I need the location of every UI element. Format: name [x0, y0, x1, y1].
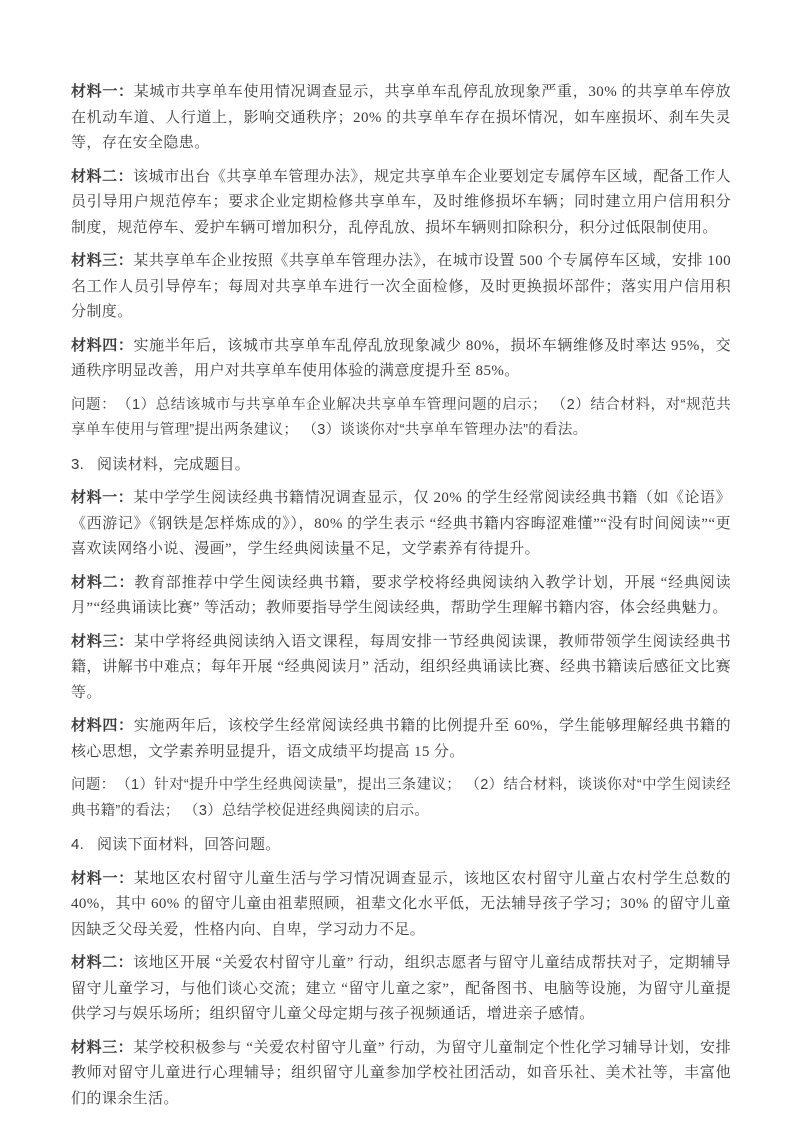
material-label: 材料二：	[71, 575, 134, 591]
item-heading: 4.阅读下面材料，回答问题。	[71, 832, 731, 858]
material-paragraph: 材料一：某城市共享单车使用情况调查显示，共享单车乱停乱放现象严重，30% 的共享…	[71, 80, 731, 157]
material-paragraph: 材料四：实施两年后，该校学生经常阅读经典书籍的比例提升至 60%，学生能够理解经…	[71, 714, 731, 765]
section-classic-reading: 3.阅读材料，完成题目。 材料一：某中学学生阅读经典书籍情况调查显示，仅 20%…	[71, 452, 731, 825]
material-text: 实施两年后，该校学生经常阅读经典书籍的比例提升至 60%，学生能够理解经典书籍的…	[71, 718, 731, 760]
material-label: 材料四：	[71, 718, 134, 734]
item-number: 3.	[71, 452, 97, 478]
question-paragraph: 问题：（1）总结该城市与共享单车企业解决共享单车管理问题的启示； （2）结合材料…	[71, 393, 731, 444]
material-paragraph: 材料四：实施半年后，该城市共享单车乱停乱放现象减少 80%，损坏车辆维修及时率达…	[71, 334, 731, 385]
item-heading: 3.阅读材料，完成题目。	[71, 452, 731, 478]
material-label: 材料二：	[71, 169, 133, 185]
item-number: 4.	[71, 832, 97, 858]
material-label: 材料一：	[71, 490, 133, 506]
material-label: 材料三：	[71, 634, 134, 650]
material-paragraph: 材料三：某中学将经典阅读纳入语文课程，每周安排一节经典阅读课，教师带领学生阅读经…	[71, 630, 731, 707]
item-title: 阅读下面材料，回答问题。	[97, 836, 281, 853]
section-shared-bike: 材料一：某城市共享单车使用情况调查显示，共享单车乱停乱放现象严重，30% 的共享…	[71, 80, 731, 444]
material-text: 该地区开展 “关爱农村留守儿童” 行动，组织志愿者与留守儿童结成帮扶对子，定期辅…	[71, 955, 731, 1022]
material-label: 材料三：	[71, 1040, 133, 1056]
material-text: 某地区农村留守儿童生活与学习情况调查显示，该地区农村留守儿童占农村学生总数的 4…	[71, 871, 731, 938]
material-label: 材料一：	[71, 84, 134, 100]
question-text: （1）针对“提升中学生经典阅读量”，提出三条建议； （2）结合材料，谈谈你对“中…	[71, 777, 731, 819]
material-label: 材料一：	[71, 871, 134, 887]
material-paragraph: 材料二：该城市出台《共享单车管理办法》，规定共享单车企业要划定专属停车区域，配备…	[71, 165, 731, 242]
material-paragraph: 材料一：某地区农村留守儿童生活与学习情况调查显示，该地区农村留守儿童占农村学生总…	[71, 867, 731, 944]
material-text: 某中学将经典阅读纳入语文课程，每周安排一节经典阅读课，教师带领学生阅读经典书籍，…	[71, 634, 731, 701]
item-title: 阅读材料，完成题目。	[97, 456, 250, 473]
document-page: 材料一：某城市共享单车使用情况调查显示，共享单车乱停乱放现象严重，30% 的共享…	[0, 0, 800, 1132]
material-paragraph: 材料二：教育部推荐中学生阅读经典书籍，要求学校将经典阅读纳入教学计划，开展 “经…	[71, 571, 731, 622]
material-text: 某学校积极参与 “关爱农村留守儿童” 行动，为留守儿童制定个性化学习辅导计划，安…	[71, 1040, 731, 1107]
material-paragraph: 材料一：某中学学生阅读经典书籍情况调查显示，仅 20% 的学生经常阅读经典书籍（…	[71, 486, 731, 563]
material-text: 某城市共享单车使用情况调查显示，共享单车乱停乱放现象严重，30% 的共享单车停放…	[71, 84, 731, 151]
question-label: 问题：	[71, 397, 116, 413]
material-label: 材料三：	[71, 253, 133, 269]
material-text: 该城市出台《共享单车管理办法》，规定共享单车企业要划定专属停车区域，配备工作人员…	[71, 169, 731, 236]
material-text: 某中学学生阅读经典书籍情况调查显示，仅 20% 的学生经常阅读经典书籍（如《论语…	[71, 490, 731, 557]
question-label: 问题：	[71, 777, 115, 793]
section-left-behind-children: 4.阅读下面材料，回答问题。 材料一：某地区农村留守儿童生活与学习情况调查显示，…	[71, 832, 731, 1112]
material-paragraph: 材料三：某共享单车企业按照《共享单车管理办法》，在城市设置 500 个专属停车区…	[71, 249, 731, 326]
material-text: 实施半年后，该城市共享单车乱停乱放现象减少 80%，损坏车辆维修及时率达 95%…	[71, 338, 731, 380]
material-paragraph: 材料三：某学校积极参与 “关爱农村留守儿童” 行动，为留守儿童制定个性化学习辅导…	[71, 1036, 731, 1113]
material-text: 某共享单车企业按照《共享单车管理办法》，在城市设置 500 个专属停车区域，安排…	[71, 253, 731, 320]
material-text: 教育部推荐中学生阅读经典书籍，要求学校将经典阅读纳入教学计划，开展 “经典阅读月…	[71, 575, 731, 617]
question-paragraph: 问题：（1）针对“提升中学生经典阅读量”，提出三条建议； （2）结合材料，谈谈你…	[71, 773, 731, 824]
material-label: 材料二：	[71, 955, 133, 971]
material-label: 材料四：	[71, 338, 134, 354]
question-text: （1）总结该城市与共享单车企业解决共享单车管理问题的启示； （2）结合材料，对“…	[71, 397, 731, 439]
material-paragraph: 材料二：该地区开展 “关爱农村留守儿童” 行动，组织志愿者与留守儿童结成帮扶对子…	[71, 951, 731, 1028]
